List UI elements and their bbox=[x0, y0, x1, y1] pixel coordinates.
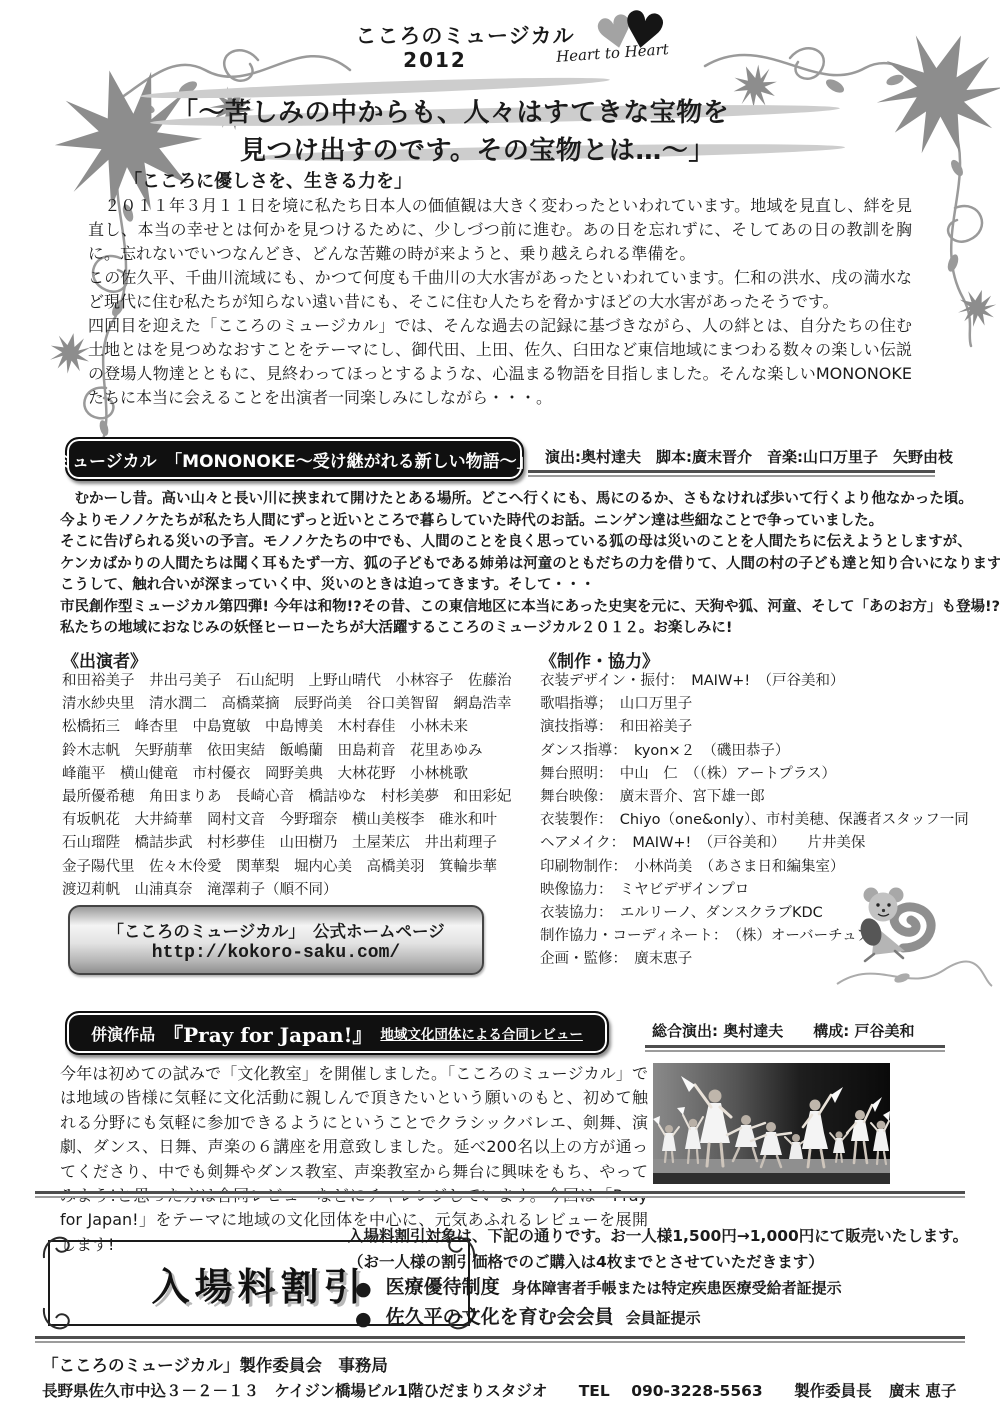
cast-row: 有坂帆花 大井綺華 岡村文音 今野瑠奈 横山美桜李 碓氷和叶 bbox=[62, 809, 542, 832]
footer-tel-number: 090-3228-5563 bbox=[631, 1382, 763, 1400]
production-item: 衣装デザイン・振付： MAIW+! （戸谷美和） bbox=[540, 670, 985, 693]
intro-paragraph: この佐久平、千曲川流域にも、かつて何度も千曲川の大水害があったといわれています。… bbox=[88, 266, 912, 314]
musical-title-banner: ミュージカル 「MONONOKE～受け継がれる新しい物語～」 bbox=[65, 437, 524, 481]
pray-banner-suffix: 地域文化団体による合同レビュー bbox=[380, 1023, 583, 1043]
production-item: ヘアメイク： MAIW+! （戸谷美和） 片井美保 bbox=[540, 832, 985, 855]
cast-row: 最所優希穂 角田まりあ 長崎心音 橋詰ゆな 村杉美夢 和田彩妃 bbox=[62, 786, 542, 809]
footer-chair-name: 廣末 恵子 bbox=[889, 1382, 956, 1400]
cast-heading: 《出演者》 bbox=[62, 647, 147, 672]
cast-row: 峰龍平 横山健竜 市村優衣 岡野美典 大林花野 小林桃歌 bbox=[62, 763, 542, 786]
production-item: 舞台照明： 中山 仁 （（株）アートプラス） bbox=[540, 763, 985, 786]
cast-row: 鈴木志帆 矢野萠華 依田実結 飯嶋蘭 田島莉音 花里あゆみ bbox=[62, 740, 542, 763]
official-homepage-box: 「こころのミュージカル」 公式ホームページ http://kokoro-saku… bbox=[68, 905, 484, 975]
bullet-desc: 会員証提示 bbox=[626, 1309, 701, 1327]
musical-credits: 演出:奥村達夫 脚本:廣末晋介 音楽:山口万里子 矢野由枝 bbox=[545, 446, 953, 467]
footer-committee: 「こころのミュージカル」製作委員会 事務局 bbox=[42, 1352, 388, 1376]
bullet-icon: ● bbox=[355, 1278, 372, 1300]
production-item: 舞台映像： 廣末晋介、宮下雄一郎 bbox=[540, 786, 985, 809]
divider-rule bbox=[645, 1045, 945, 1052]
cast-row: 和田裕美子 井出弓美子 石山紀明 上野山晴代 小林容子 佐藤治 bbox=[62, 670, 542, 693]
divider-rule bbox=[35, 1336, 965, 1343]
main-quote-line1: 「～苦しみの中からも、人々はすてきな宝物を bbox=[172, 92, 729, 129]
footer-contact: 長野県佐久市中込３－２－１３ ケイジン橋場ビル1階ひだまりスタジオ TEL 09… bbox=[42, 1379, 956, 1401]
production-heading: 《制作・協力》 bbox=[540, 647, 659, 672]
story-line: ケンカばかりの人間たちは聞く耳もたず一方、狐の子どもである姉弟は河童のともだちの… bbox=[60, 554, 948, 576]
story-line: こうして、触れ合いが深まっていく中、災いのときは迫ってきます。そして・・・ bbox=[60, 575, 948, 597]
cast-row: 渡辺莉帆 山浦真奈 滝澤莉子（順不同） bbox=[62, 879, 542, 902]
main-quote-line2: 見つけ出すのです。その宝物とは…～」 bbox=[240, 130, 715, 167]
story-text: むかーし昔。高い山々と長い川に挟まれて開けたとある場所。どこへ行くにも、馬にのる… bbox=[60, 489, 948, 640]
story-line: 市民創作型ミュージカル第四弾! 今年は和物!?その昔、この東信地区に本当にあった… bbox=[60, 597, 948, 619]
discount-line2: （お一人様の割引価格でのご購入は4枚までとさせていただきます） bbox=[348, 1250, 824, 1272]
divider-rule bbox=[35, 1191, 965, 1198]
intro-paragraphs: ２０１１年３月１１日を境に私たち日本人の価値観は大きく変わったといわれています。… bbox=[88, 194, 912, 410]
cast-row: 松橋拓三 峰杏里 中島寛敏 中島博美 木村春佳 小林未来 bbox=[62, 716, 542, 739]
bullet-title: 佐久平の文化を育む会会員 bbox=[386, 1306, 614, 1328]
frame-swirl-icon bbox=[40, 1230, 74, 1264]
discount-bullet-member: ●佐久平の文化を育む会会員会員証提示 bbox=[355, 1302, 701, 1330]
vine-flourish bbox=[832, 952, 997, 997]
story-line: 今よりモノノケたちが私たち人間にずっと近いところで暮らしていた時代のお話。ニンゲ… bbox=[60, 511, 948, 533]
cast-list: 和田裕美子 井出弓美子 石山紀明 上野山晴代 小林容子 佐藤治清水紗央里 清水潤… bbox=[62, 670, 542, 902]
pray-banner-title: 『Pray for Japan!』 bbox=[163, 1019, 372, 1048]
intro-paragraph: 四回目を迎えた「こころのミュージカル」では、そんな過去の記録に基づきながら、人の… bbox=[88, 314, 912, 410]
flyer-page: こころのミュージカル 2012 ♥ ♥ Heart to Heart 「～苦しみ… bbox=[0, 0, 1000, 1410]
pray-credits: 総合演出: 奥村達夫 構成: 戸谷美和 bbox=[652, 1020, 914, 1041]
pray-banner-prefix: 併演作品 bbox=[91, 1022, 155, 1045]
discount-bullet-medical: ●医療優待制度身体障害者手帳または特定疾患医療受給者証提示 bbox=[355, 1272, 842, 1300]
divider-rule bbox=[528, 470, 935, 477]
production-item: ダンス指導： kyon×２ （磯田恭子） bbox=[540, 740, 985, 763]
homepage-url: http://kokoro-saku.com/ bbox=[152, 943, 400, 963]
logo-title: こころのミュージカル bbox=[340, 20, 590, 50]
logo-year: 2012 bbox=[340, 48, 530, 72]
production-item: 衣装製作： Chiyo（one&only）、市村美穂、保護者スタッフ一同 bbox=[540, 809, 985, 832]
musical-title-label: ミュージカル 「MONONOKE～受け継がれる新しい物語～」 bbox=[55, 447, 533, 472]
bullet-desc: 身体障害者手帳または特定疾患医療受給者証提示 bbox=[512, 1279, 842, 1297]
footer-tel-label: TEL bbox=[579, 1382, 610, 1400]
pray-banner: 併演作品 『Pray for Japan!』 地域文化団体による合同レビュー bbox=[65, 1011, 609, 1055]
bullet-title: 医療優待制度 bbox=[386, 1276, 500, 1298]
cast-row: 金子陽代里 佐々木伶愛 関華梨 堀内心美 高橋美羽 箕輪歩華 bbox=[62, 856, 542, 879]
intro-paragraph: ２０１１年３月１１日を境に私たち日本人の価値観は大きく変わったといわれています。… bbox=[88, 194, 912, 266]
production-item: 歌唱指導； 山口万里子 bbox=[540, 693, 985, 716]
homepage-label: 「こころのミュージカル」 公式ホームページ bbox=[107, 918, 444, 942]
footer-address: 長野県佐久市中込３－２－１３ ケイジン橋場ビル1階ひだまりスタジオ bbox=[42, 1382, 547, 1400]
discount-box-label: 入場料割引 bbox=[151, 1256, 366, 1311]
discount-line1: 入場料割引対象は、下記の通りです。お一人様1,500円→1,000円にて販売いた… bbox=[348, 1224, 968, 1246]
production-item: 演技指導： 和田裕美子 bbox=[540, 716, 985, 739]
story-line: 私たちの地域におなじみの妖怪ヒーローたちが大活躍するこころのミュージカル２０１２… bbox=[60, 618, 948, 640]
story-line: むかーし昔。高い山々と長い川に挟まれて開けたとある場所。どこへ行くにも、馬にのる… bbox=[60, 489, 948, 511]
stage-photo bbox=[653, 1063, 890, 1184]
footer-chair-label: 製作委員長 bbox=[794, 1382, 872, 1400]
cast-row: 石山瑠陛 橋詰歩武 村杉夢佳 山田樹乃 土屋茉広 井出莉理子 bbox=[62, 832, 542, 855]
subtitle: 「こころに優しさを、生きる力を」 bbox=[124, 167, 412, 193]
bullet-icon: ● bbox=[355, 1308, 372, 1330]
cast-row: 清水紗央里 清水潤二 高橋菜摘 辰野尚美 谷口美智留 網島浩幸 bbox=[62, 693, 542, 716]
story-line: そこに告げられる災いの予言。モノノケたちの中でも、人間のことを良く思っている狐の… bbox=[60, 532, 948, 554]
production-item: 印刷物制作： 小林尚美 （あさま日和編集室） bbox=[540, 856, 985, 879]
frame-swirl-icon bbox=[40, 1302, 74, 1336]
